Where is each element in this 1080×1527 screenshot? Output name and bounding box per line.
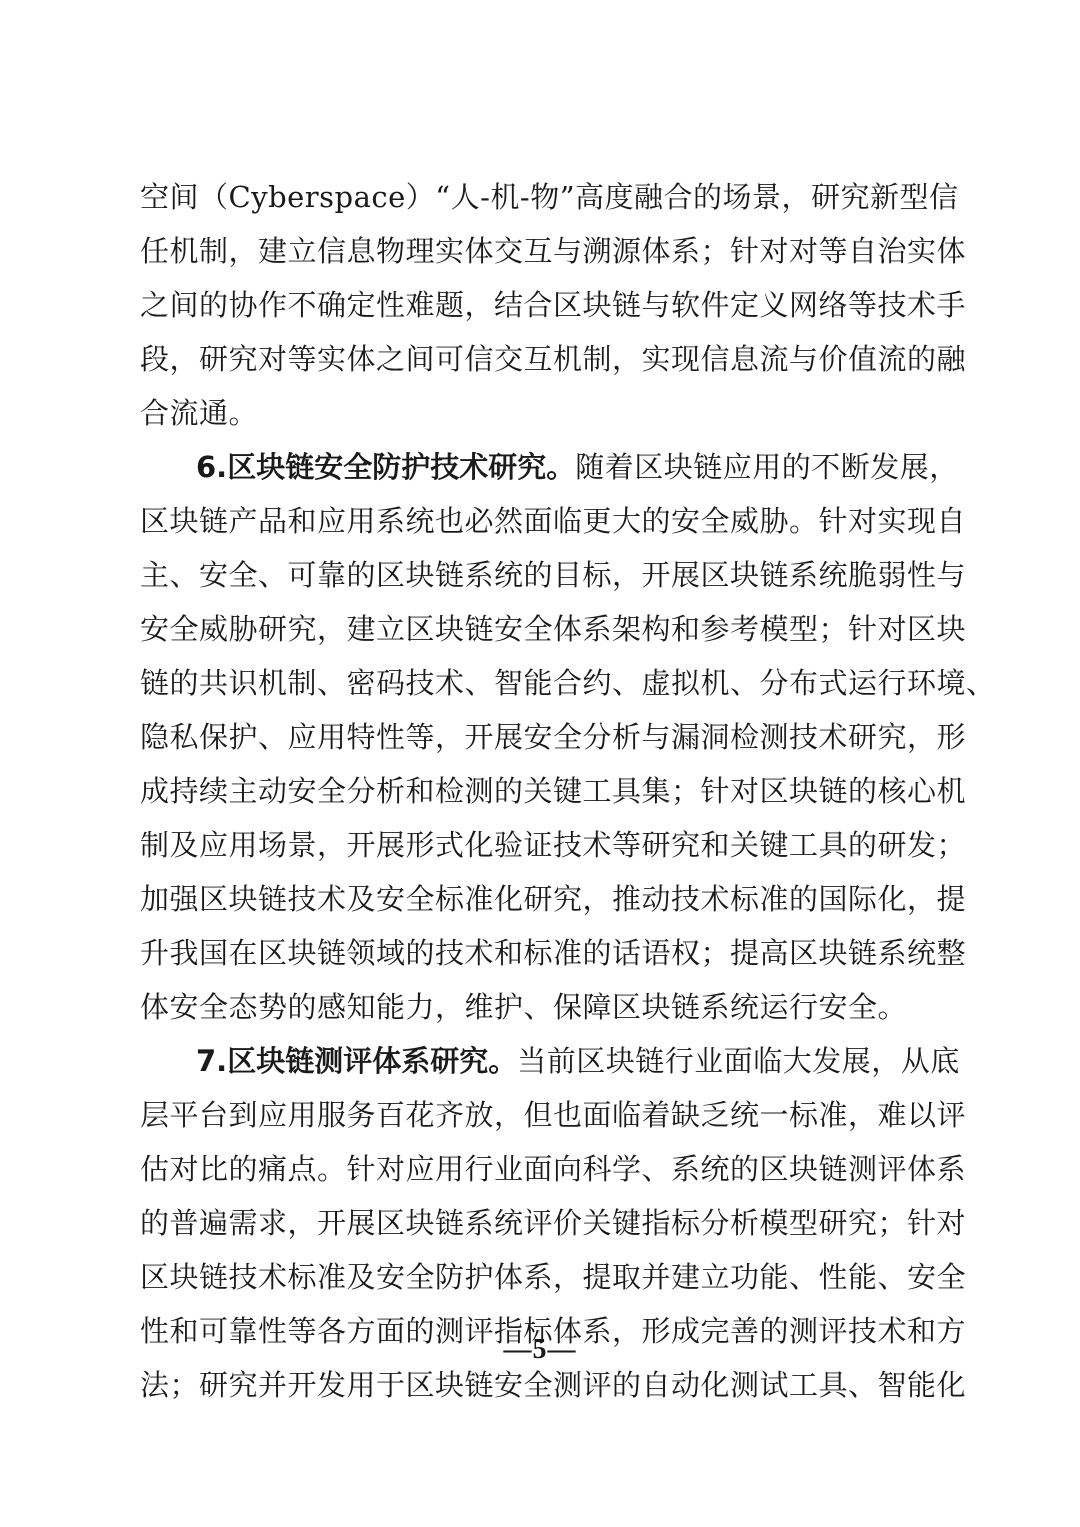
page-number: —5— [0, 1334, 1080, 1366]
text-line: 体安全态势的感知能力，维护、保障区块链系统运行安全。 [140, 984, 942, 1038]
text-line: 合流通。 [140, 390, 942, 444]
section-first-line-text: 随着区块链应用的不断发展， [575, 450, 959, 484]
section-heading: 6.区块链安全防护技术研究。 [196, 450, 575, 484]
text-line: 层平台到应用服务百花齐放，但也面临着缺乏统一标准，难以评 [140, 1092, 942, 1146]
text-line: 成持续主动安全分析和检测的关键工具集；针对区块链的核心机 [140, 768, 942, 822]
text-line: 区块链产品和应用系统也必然面临更大的安全威胁。针对实现自 [140, 498, 942, 552]
text-line: 安全威胁研究，建立区块链安全体系架构和参考模型；针对区块 [140, 606, 942, 660]
text-line: 空间（Cyberspace）“人-机-物”高度融合的场景，研究新型信 [140, 174, 942, 228]
document-page: 空间（Cyberspace）“人-机-物”高度融合的场景，研究新型信 任机制，建… [140, 174, 942, 1416]
text-line: 的普遍需求，开展区块链系统评价关键指标分析模型研究；针对 [140, 1200, 942, 1254]
text-line: 制及应用场景，开展形式化验证技术等研究和关键工具的研发； [140, 822, 942, 876]
text-line: 加强区块链技术及安全标准化研究，推动技术标准的国际化，提 [140, 876, 942, 930]
paragraph-continuation: 空间（Cyberspace）“人-机-物”高度融合的场景，研究新型信 任机制，建… [140, 174, 942, 444]
text-line: 估对比的痛点。针对应用行业面向科学、系统的区块链测评体系 [140, 1146, 942, 1200]
text-line: 隐私保护、应用特性等，开展安全分析与漏洞检测技术研究，形 [140, 714, 942, 768]
text-line: 任机制，建立信息物理实体交互与溯源体系；针对对等自治实体 [140, 228, 942, 282]
text-line: 区块链技术标准及安全防护体系，提取并建立功能、性能、安全 [140, 1254, 942, 1308]
paragraph-section-6: 6.区块链安全防护技术研究。随着区块链应用的不断发展， 区块链产品和应用系统也必… [140, 444, 942, 1038]
section-heading: 7.区块链测评体系研究。 [196, 1044, 517, 1078]
text-line: 主、安全、可靠的区块链系统的目标，开展区块链系统脆弱性与 [140, 552, 942, 606]
text-line: 之间的协作不确定性难题，结合区块链与软件定义网络等技术手 [140, 282, 942, 336]
section-first-line-text: 当前区块链行业面临大发展，从底 [517, 1044, 960, 1078]
section-first-line: 7.区块链测评体系研究。当前区块链行业面临大发展，从底 [140, 1038, 942, 1092]
text-line: 法；研究并开发用于区块链安全测评的自动化测试工具、智能化 [140, 1362, 942, 1416]
section-first-line: 6.区块链安全防护技术研究。随着区块链应用的不断发展， [140, 444, 942, 498]
text-line: 段，研究对等实体之间可信交互机制，实现信息流与价值流的融 [140, 336, 942, 390]
text-line: 升我国在区块链领域的技术和标准的话语权；提高区块链系统整 [140, 930, 942, 984]
text-line: 链的共识机制、密码技术、智能合约、虚拟机、分布式运行环境、 [140, 660, 942, 714]
